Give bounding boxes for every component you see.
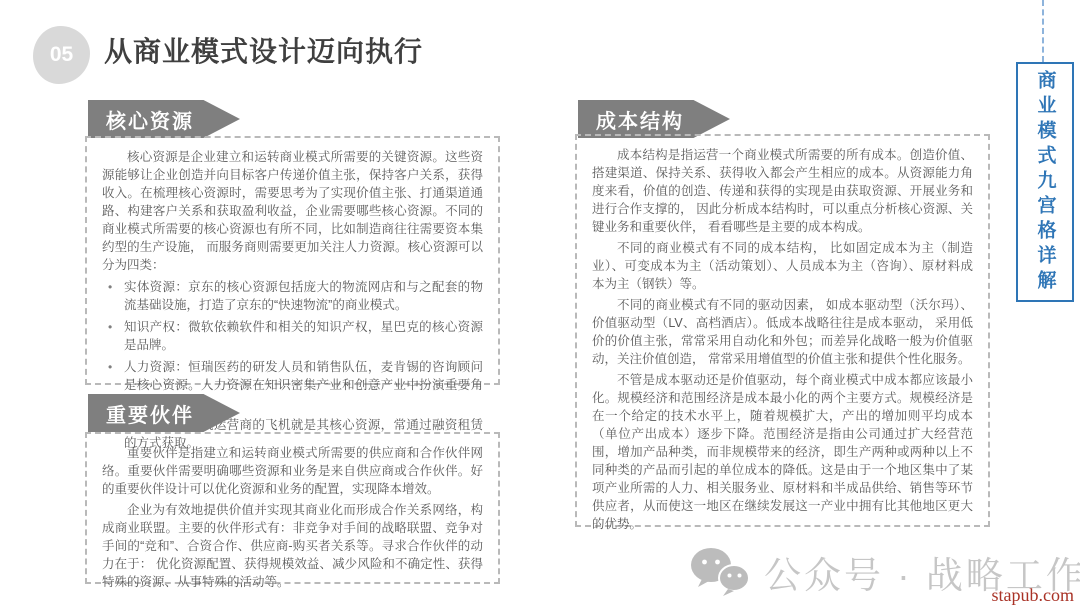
core-resources-box: 核心资源是企业建立和运转商业模式所需要的关键资源。这些资源能够让企业创造并向目标… [85, 136, 500, 385]
slide: 05 从商业模式设计迈向执行 商业模式九宫格详解 核心资源 核心资源是企业建立和… [0, 0, 1080, 608]
cost-structure-paragraph: 不管是成本驱动还是价值驱动，每个商业模式中成本都应该最小化。规模经济和范围经济是… [592, 371, 973, 533]
bullet-text: 知识产权：微软依赖软件和相关的知识产权，星巴克的核心资源是品牌。 [124, 320, 483, 352]
section-heading-label: 重要伙伴 [106, 399, 194, 428]
list-item: • 知识产权：微软依赖软件和相关的知识产权，星巴克的核心资源是品牌。 [102, 318, 483, 354]
key-partners-paragraph: 企业为有效地提供价值并实现其商业化而形成合作关系网络，构成商业联盟。主要的伙伴形… [102, 501, 483, 591]
cost-structure-paragraph: 不同的商业模式有不同的驱动因素， 如成本驱动型（沃尔玛）、价值驱动型（LV、高档… [592, 296, 973, 368]
section-heading-core-resources: 核心资源 [88, 100, 240, 138]
list-item: • 实体资源：京东的核心资源包括庞大的物流网店和与之配套的物流基础设施，打造了京… [102, 278, 483, 314]
side-tab: 商业模式九宫格详解 [1016, 62, 1074, 302]
section-heading-cost-structure: 成本结构 [578, 100, 730, 138]
wechat-icon [688, 546, 752, 598]
section-heading-label: 成本结构 [596, 105, 684, 134]
site-link: stapub.com [992, 585, 1075, 606]
bullet-icon: • [108, 318, 112, 336]
side-tab-connector-line [1042, 0, 1044, 62]
cost-structure-paragraph: 不同的商业模式有不同的成本结构， 比如固定成本为主（制造业）、可变成本为主（活动… [592, 239, 973, 293]
key-partners-box: 重要伙伴是指建立和运转商业模式所需要的供应商和合作伙伴网络。重要伙伴需要明确哪些… [85, 432, 500, 584]
bullet-text: 实体资源：京东的核心资源包括庞大的物流网店和与之配套的物流基础设施，打造了京东的… [124, 280, 483, 312]
key-partners-paragraph: 重要伙伴是指建立和运转商业模式所需要的供应商和合作伙伴网络。重要伙伴需要明确哪些… [102, 444, 483, 498]
bullet-icon: • [108, 278, 112, 296]
page-number-badge: 05 [33, 26, 90, 84]
section-heading-label: 核心资源 [106, 105, 194, 134]
bullet-icon: • [108, 358, 112, 376]
cost-structure-paragraph: 成本结构是指运营一个商业模式所需要的所有成本。创造价值、搭建渠道、保持关系、获得… [592, 146, 973, 236]
page-title: 从商业模式设计迈向执行 [104, 30, 423, 70]
side-tab-label: 商业模式九宫格详解 [1032, 70, 1059, 295]
cost-structure-box: 成本结构是指运营一个商业模式所需要的所有成本。创造价值、搭建渠道、保持关系、获得… [575, 134, 990, 527]
core-resources-intro: 核心资源是企业建立和运转商业模式所需要的关键资源。这些资源能够让企业创造并向目标… [102, 148, 483, 274]
